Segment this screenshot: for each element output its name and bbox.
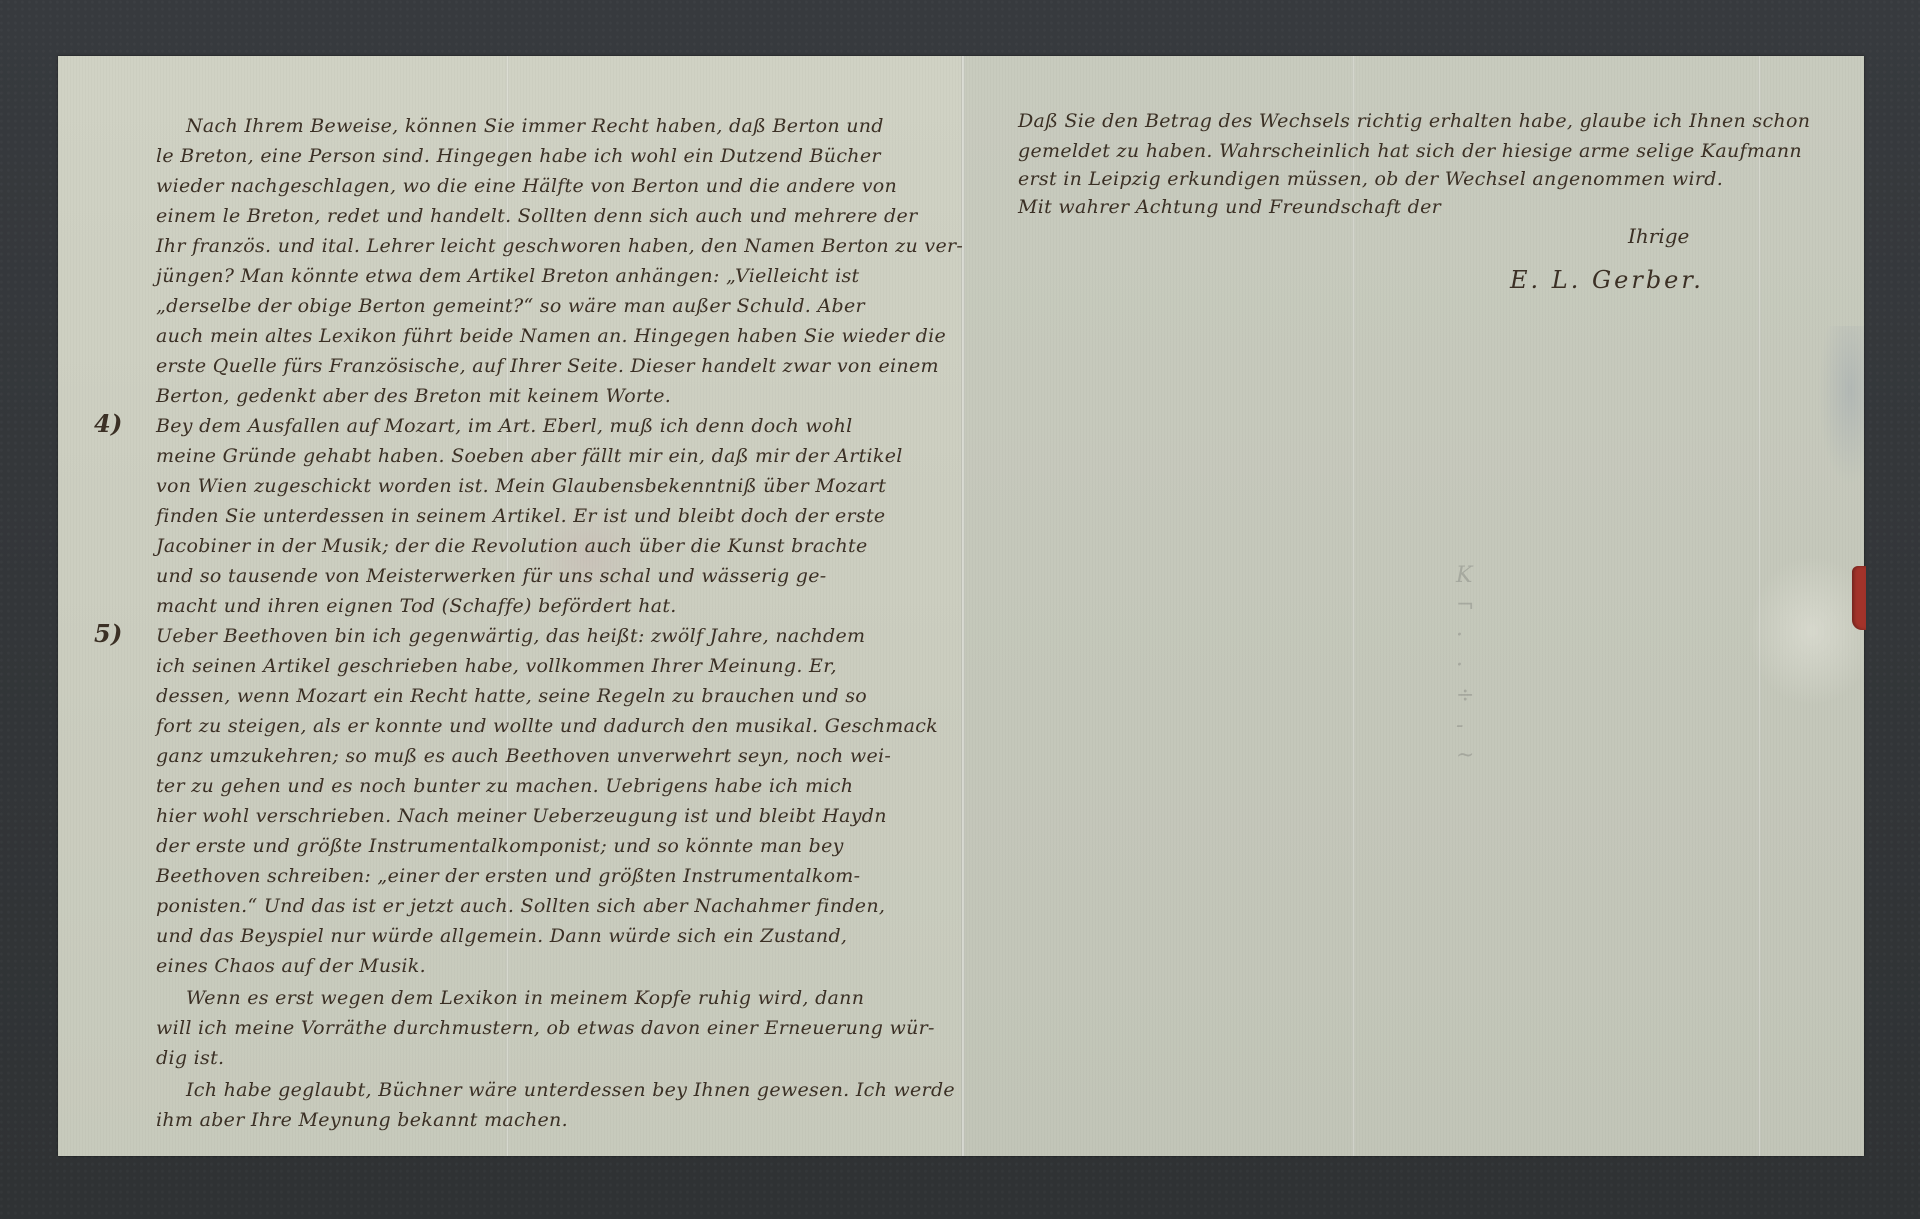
text-line: auch mein altes Lexikon führt beide Name… <box>156 321 946 351</box>
paper-stain <box>1818 326 1864 486</box>
wax-seal-remnant <box>1852 566 1866 630</box>
text-line: Ueber Beethoven bin ich gegenwärtig, das… <box>156 621 865 651</box>
text-line: dessen, wenn Mozart ein Recht hatte, sei… <box>156 681 867 711</box>
text-line: Berton, gedenkt aber des Breton mit kein… <box>156 381 671 411</box>
text-line: Ihr französ. und ital. Lehrer leicht ges… <box>156 231 963 261</box>
text-line: und so tausende von Meisterwerken für un… <box>156 561 826 591</box>
text-line: dig ist. <box>156 1043 224 1073</box>
text-line: der erste und größte Instrumentalkomponi… <box>156 831 844 861</box>
text-line: ihm aber Ihre Meynung bekannt machen. <box>156 1105 568 1135</box>
text-line: Jacobiner in der Musik; der die Revoluti… <box>156 531 868 561</box>
text-line: ich seinen Artikel geschrieben habe, vol… <box>156 651 837 681</box>
text-line: ganz umzukehren; so muß es auch Beethove… <box>156 741 891 771</box>
text-line: von Wien zugeschickt worden ist. Mein Gl… <box>156 471 886 501</box>
signature: E. L. Gerber. <box>1510 266 1704 294</box>
text-line: gemeldet zu haben. Wahrscheinlich hat si… <box>1018 136 1802 166</box>
text-line: „derselbe der obige Berton gemeint?“ so … <box>156 291 865 321</box>
section-number-4: 4) <box>94 409 123 438</box>
text-line: erste Quelle fürs Französische, auf Ihre… <box>156 351 939 381</box>
text-line: Wenn es erst wegen dem Lexikon in meinem… <box>186 983 864 1013</box>
text-line: Mit wahrer Achtung und Freundschaft der <box>1018 192 1441 222</box>
text-line: will ich meine Vorräthe durchmustern, ob… <box>156 1013 935 1043</box>
text-line: ter zu gehen und es noch bunter zu mache… <box>156 771 853 801</box>
text-line: Nach Ihrem Beweise, können Sie immer Rec… <box>186 111 884 141</box>
text-line: Beethoven schreiben: „einer der ersten u… <box>156 861 860 891</box>
text-line: Ich habe geglaubt, Büchner wäre unterdes… <box>186 1075 955 1105</box>
text-line: Bey dem Ausfallen auf Mozart, im Art. Eb… <box>156 411 853 441</box>
text-line: eines Chaos auf der Musik. <box>156 951 426 981</box>
text-line: finden Sie unterdessen in seinem Artikel… <box>156 501 885 531</box>
text-line: erst in Leipzig erkundigen müssen, ob de… <box>1018 164 1723 194</box>
text-line: ponisten.“ Und das ist er jetzt auch. So… <box>156 891 885 921</box>
bleed-through-marks: K¬··÷-~ <box>1456 561 1496 801</box>
seal-tear <box>1748 556 1864 706</box>
section-number-5: 5) <box>94 619 123 648</box>
text-line: wieder nachgeschlagen, wo die eine Hälft… <box>156 171 897 201</box>
closing-salutation: Ihrige <box>1628 224 1689 248</box>
text-line: macht und ihren eignen Tod (Schaffe) bef… <box>156 591 677 621</box>
center-fold <box>961 56 965 1156</box>
text-line: einem le Breton, redet und handelt. Soll… <box>156 201 917 231</box>
text-line: Daß Sie den Betrag des Wechsels richtig … <box>1018 106 1810 136</box>
text-line: jüngen? Man könnte etwa dem Artikel Bret… <box>156 261 860 291</box>
letter-sheet: Nach Ihrem Beweise, können Sie immer Rec… <box>58 56 1864 1156</box>
text-line: le Breton, eine Person sind. Hingegen ha… <box>156 141 881 171</box>
text-line: meine Gründe gehabt haben. Soeben aber f… <box>156 441 903 471</box>
text-line: fort zu steigen, als er konnte und wollt… <box>156 711 938 741</box>
text-line: und das Beyspiel nur würde allgemein. Da… <box>156 921 847 951</box>
text-line: hier wohl verschrieben. Nach meiner Uebe… <box>156 801 887 831</box>
